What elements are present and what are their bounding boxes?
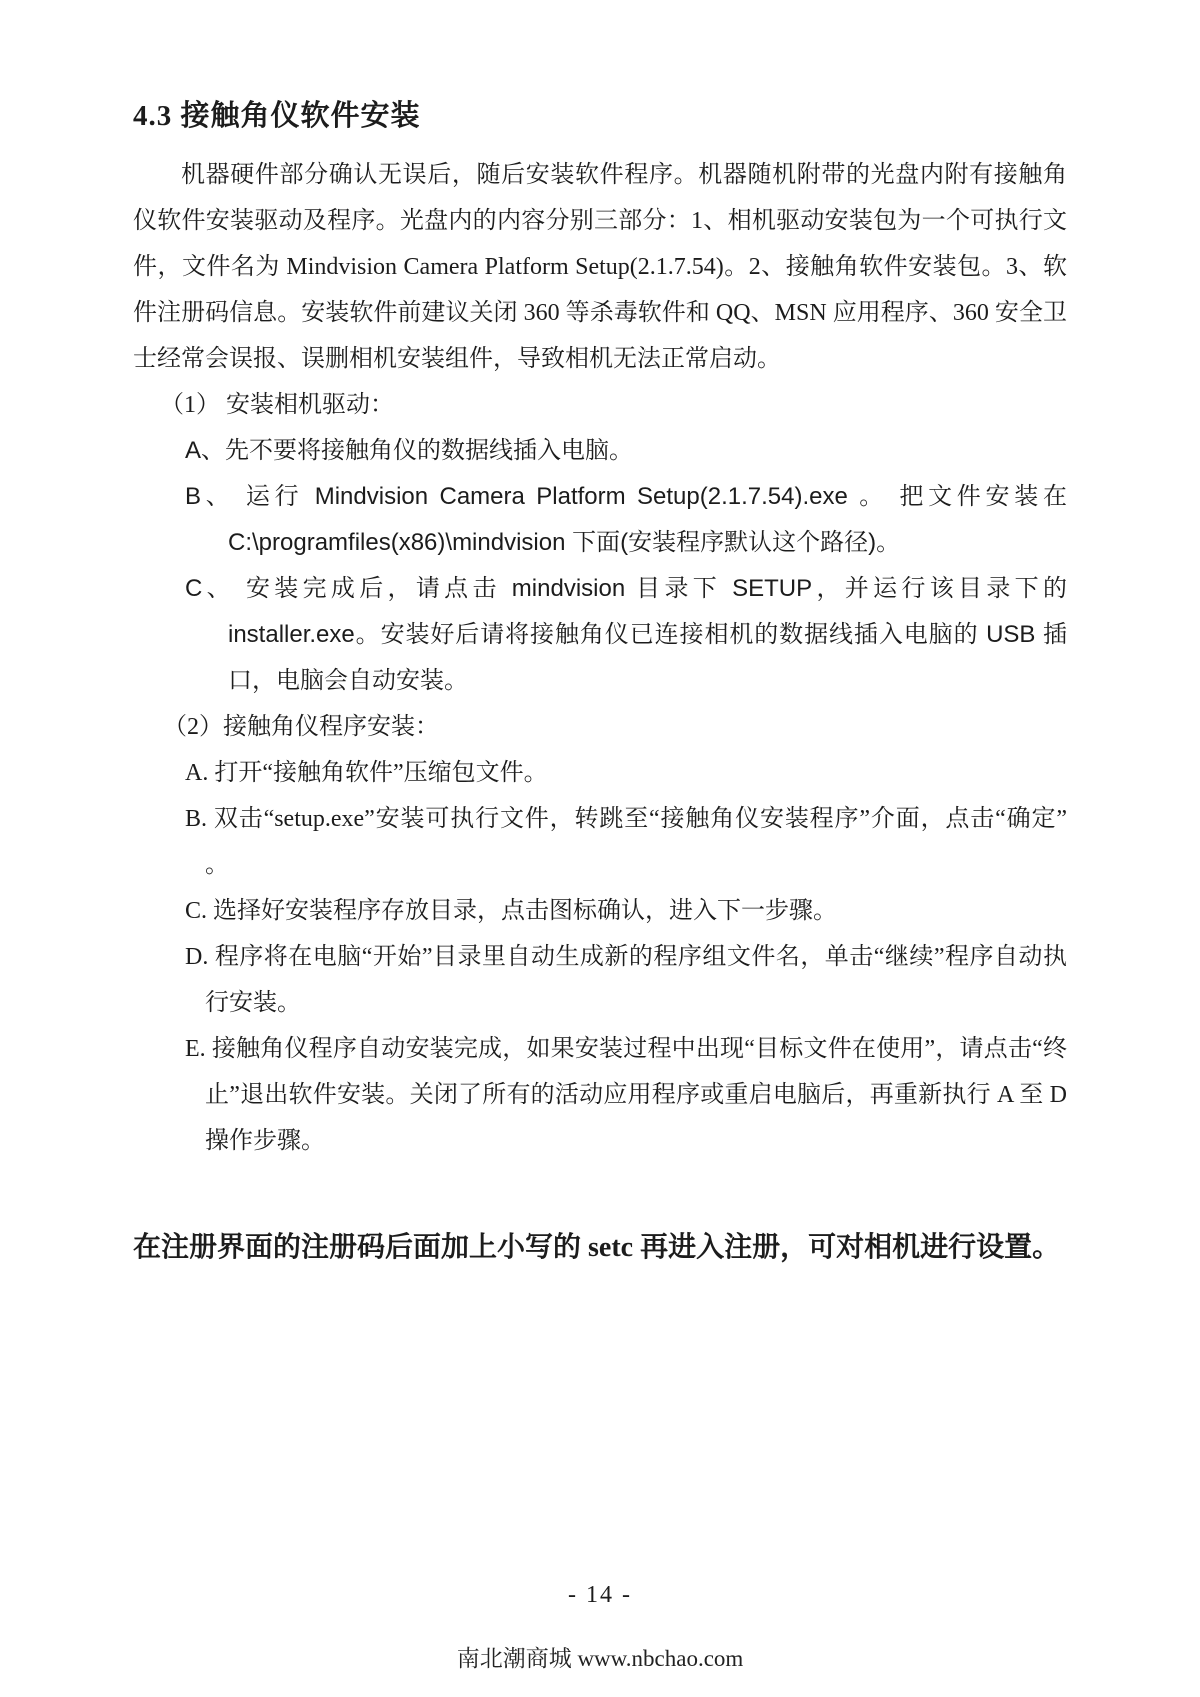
driver-install-label: （1） 安装相机驱动： [160, 382, 1067, 428]
driver-step-c: C、 安装完成后，请点击 mindvision 目录下 SETUP，并运行该目录… [133, 566, 1067, 704]
intro-paragraph: 机器硬件部分确认无误后，随后安装软件程序。机器随机附带的光盘内附有接触角仪软件安… [133, 152, 1067, 382]
program-step-a: A. 打开“接触角软件”压缩包文件。 [133, 750, 1067, 796]
page-content: 4.3 接触角仪软件安装 机器硬件部分确认无误后，随后安装软件程序。机器随机附带… [0, 0, 1200, 1270]
program-install-label: （2）接触角仪程序安装： [163, 704, 1067, 750]
program-install-steps: A. 打开“接触角软件”压缩包文件。 B. 双击“setup.exe”安装可执行… [133, 750, 1067, 1164]
registration-note: 在注册界面的注册码后面加上小写的 setc 再进入注册，可对相机进行设置。 [133, 1226, 1067, 1270]
program-step-b: B. 双击“setup.exe”安装可执行文件，转跳至“接触角仪安装程序”介面，… [133, 796, 1067, 888]
program-step-e: E. 接触角仪程序自动安装完成，如果安装过程中出现“目标文件在使用”，请点击“终… [133, 1026, 1067, 1164]
document-page: 4.3 接触角仪软件安装 机器硬件部分确认无误后，随后安装软件程序。机器随机附带… [0, 0, 1200, 1697]
driver-install-steps: A、先不要将接触角仪的数据线插入电脑。 B、 运行 Mindvision Cam… [133, 428, 1067, 704]
page-number: - 14 - [0, 1582, 1200, 1609]
program-step-c: C. 选择好安装程序存放目录，点击图标确认，进入下一步骤。 [133, 888, 1067, 934]
driver-step-a: A、先不要将接触角仪的数据线插入电脑。 [133, 428, 1067, 474]
program-step-d: D. 程序将在电脑“开始”目录里自动生成新的程序组文件名，单击“继续”程序自动执… [133, 934, 1067, 1026]
site-footer: 南北潮商城 www.nbchao.com [0, 1640, 1200, 1673]
section-heading: 4.3 接触角仪软件安装 [133, 96, 1067, 136]
driver-step-b: B、 运行 Mindvision Camera Platform Setup(2… [133, 474, 1067, 566]
